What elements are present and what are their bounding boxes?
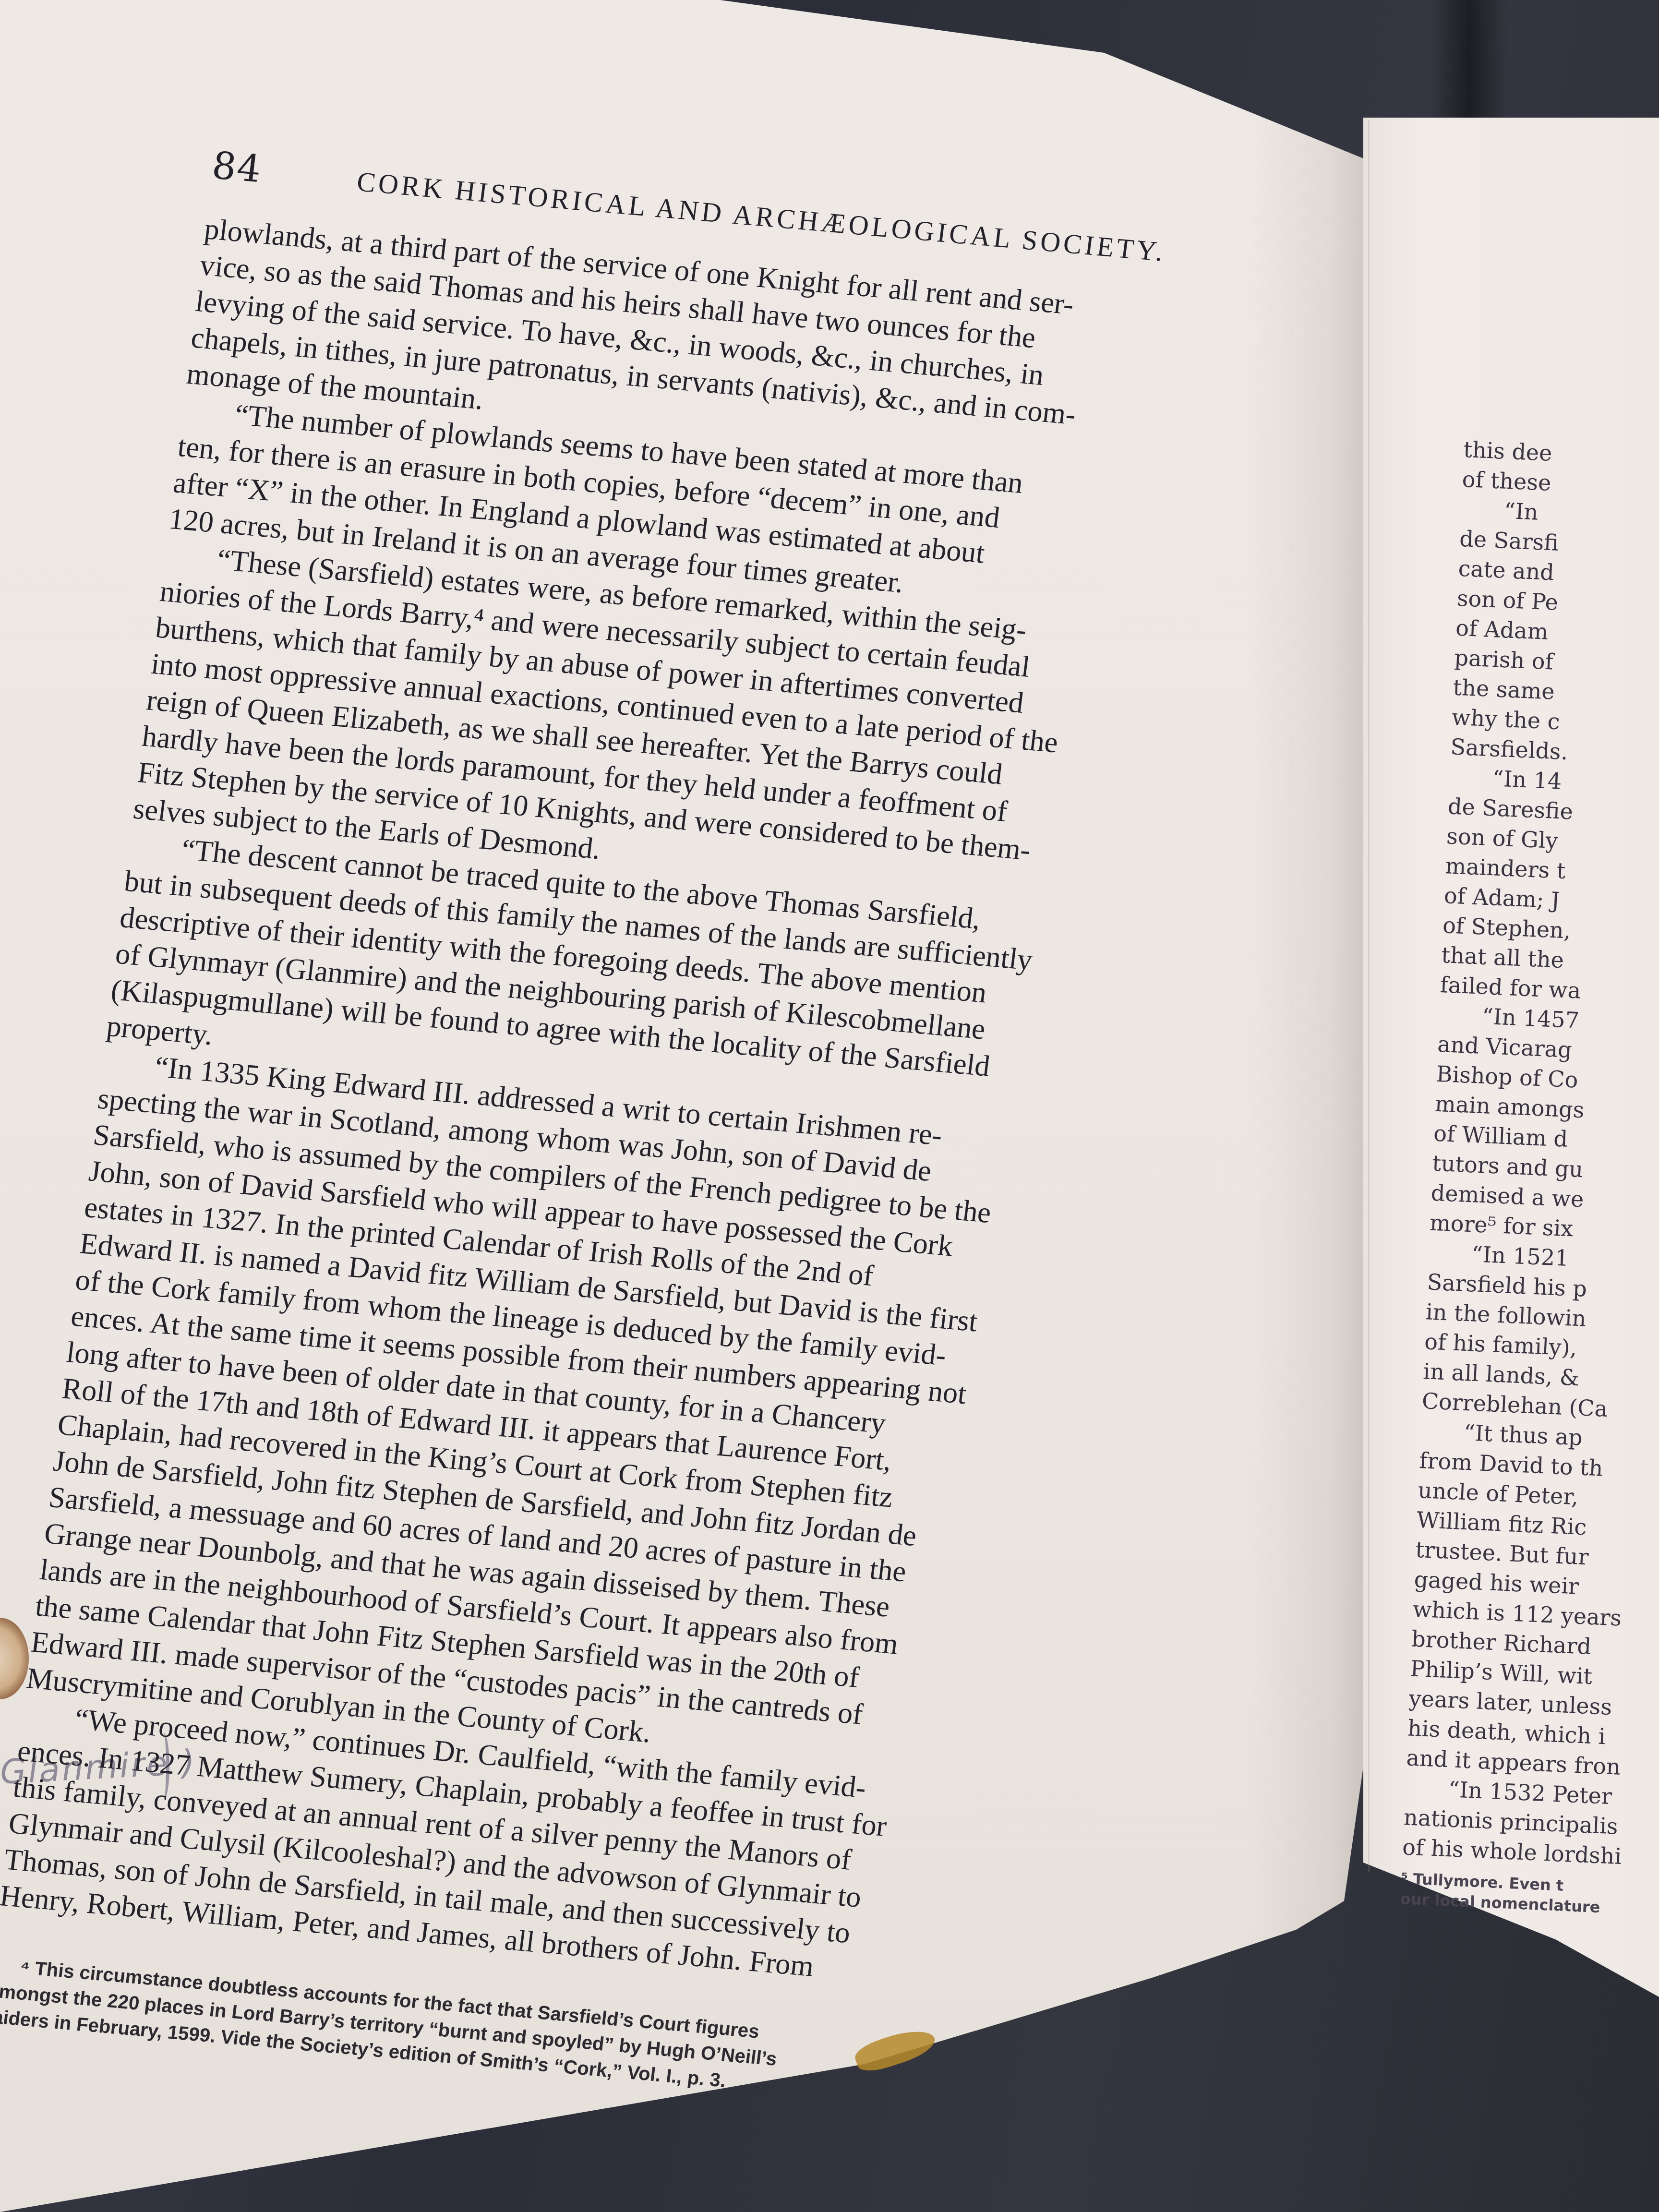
body-text: plowlands, at a third part of the servic… [0,211,1235,2004]
paragraph: “In 1335 King Edward III. addressed a wr… [24,1044,1133,1786]
book-gutter [1368,120,1370,1872]
page-number: 84 [210,144,264,191]
right-page-footnote: ⁵ Tullymore. Even tour local nomenclatur… [1400,1868,1641,1919]
